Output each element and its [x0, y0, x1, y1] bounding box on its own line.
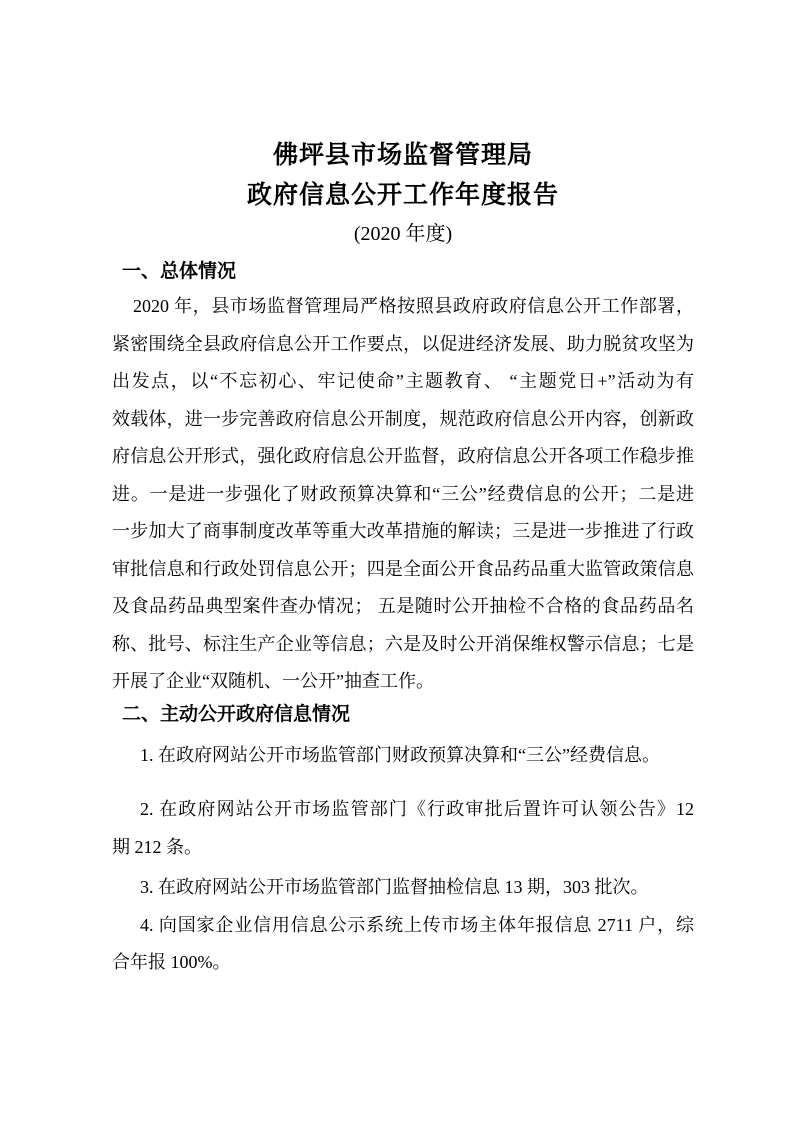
text-line: 及食品药品典型案件查办情况； 五是随时公开抽检不合格的食品药品名: [112, 588, 694, 626]
document-content: 佛坪县市场监督管理局 政府信息公开工作年度报告 (2020 年度) 一、总体情况…: [112, 136, 694, 982]
text-line: 出发点，以“不忘初心、牢记使命”主题教育、 “主题党日+”活动为有: [112, 363, 694, 401]
text-line: 1. 在政府网站公开市场监管部门财政预算决算和“三公”经费信息。: [112, 737, 694, 775]
text-line: 称、批号、标注生产企业等信息；六是及时公开消保维权警示信息；七是: [112, 626, 694, 664]
section2-items: 1. 在政府网站公开市场监管部门财政预算决算和“三公”经费信息。2. 在政府网站…: [112, 737, 694, 982]
text-line: 审批信息和行政处罚信息公开；四是全面公开食品药品重大监管政策信息: [112, 551, 694, 589]
text-line: 合年报 100%。: [112, 944, 694, 982]
text-line: 期 212 条。: [112, 829, 694, 867]
document-title-line1: 佛坪县市场监督管理局: [112, 136, 694, 176]
text-line: 效载体，进一步完善政府信息公开制度，规范政府信息公开内容，创新政: [112, 401, 694, 439]
item-block: 3. 在政府网站公开市场监管部门监督抽检信息 13 期，303 批次。: [112, 869, 694, 907]
item-block: 4. 向国家企业信用信息公示系统上传市场主体年报信息 2711 户，综合年报 1…: [112, 907, 694, 982]
item-block: 2. 在政府网站公开市场监管部门《行政审批后置许可认领公告》12期 212 条。: [112, 791, 694, 866]
text-line: 紧密围绕全县政府信息公开工作要点，以促进经济发展、助力脱贫攻坚为: [112, 326, 694, 364]
text-line: 2. 在政府网站公开市场监管部门《行政审批后置许可认领公告》12: [112, 791, 694, 829]
text-line: 2020 年，县市场监督管理局严格按照县政府政府信息公开工作部署，: [112, 288, 694, 326]
text-line: 开展了企业“双随机、一公开”抽查工作。: [112, 663, 694, 701]
document-title-line2: 政府信息公开工作年度报告: [112, 176, 694, 216]
item-block: 1. 在政府网站公开市场监管部门财政预算决算和“三公”经费信息。: [112, 737, 694, 775]
text-line: 府信息公开形式，强化政府信息公开监督，政府信息公开各项工作稳步推: [112, 438, 694, 476]
section1-paragraph: 2020 年，县市场监督管理局严格按照县政府政府信息公开工作部署，紧密围绕全县政…: [112, 288, 694, 701]
text-line: 一步加大了商事制度改革等重大改革措施的解读；三是进一步推进了行政: [112, 513, 694, 551]
section2-heading: 二、主动公开政府信息情况: [112, 701, 694, 729]
document-page: 佛坪县市场监督管理局 政府信息公开工作年度报告 (2020 年度) 一、总体情况…: [0, 0, 793, 1122]
section1-heading: 一、总体情况: [112, 258, 694, 286]
text-line: 进。一是进一步强化了财政预算决算和“三公”经费信息的公开；二是进: [112, 476, 694, 514]
document-subtitle: (2020 年度): [112, 216, 694, 252]
text-line: 4. 向国家企业信用信息公示系统上传市场主体年报信息 2711 户，综: [112, 907, 694, 945]
text-line: 3. 在政府网站公开市场监管部门监督抽检信息 13 期，303 批次。: [112, 869, 694, 907]
